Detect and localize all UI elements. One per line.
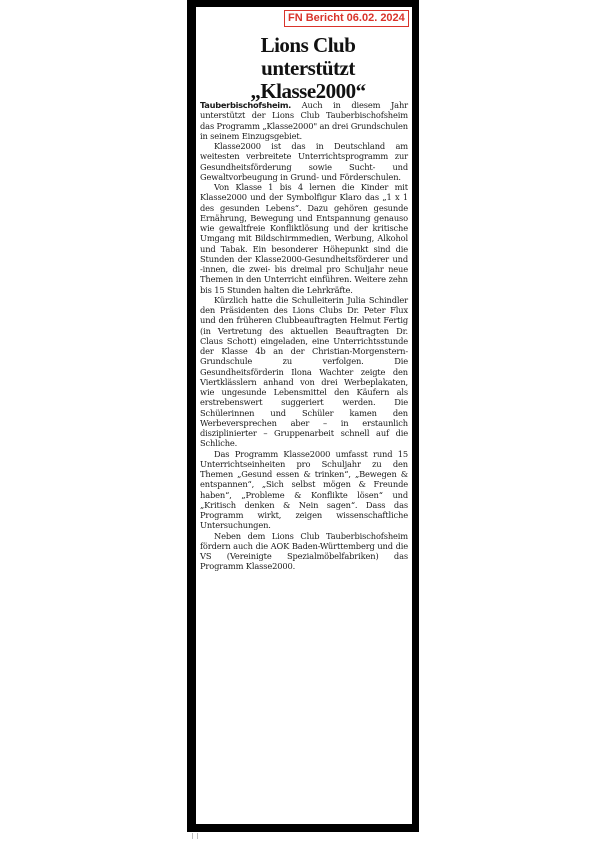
article-paragraph: Von Klasse 1 bis 4 lernen die Kinder mit…: [200, 182, 408, 295]
crop-mark: [197, 833, 198, 839]
clipping-frame: FN Bericht 06.02. 2024 Lions Club unters…: [187, 0, 419, 832]
newspaper-clipping: FN Bericht 06.02. 2024 Lions Club unters…: [196, 7, 412, 824]
headline-line-2: unterstützt: [204, 57, 412, 80]
source-label: FN Bericht 06.02. 2024: [284, 10, 409, 27]
crop-mark: [192, 833, 193, 839]
article-paragraph: Neben dem Lions Club Tauberbischofsheim …: [200, 531, 408, 572]
headline-line-1: Lions Club: [204, 34, 412, 57]
article-paragraph: Kürzlich hatte die Schulleiterin Julia S…: [200, 295, 408, 449]
article-paragraph: Das Programm Klasse2000 umfasst rund 15 …: [200, 449, 408, 531]
article-paragraph: Tauberbischofsheim. Auch in diesem Jahr …: [200, 100, 408, 141]
article-paragraph: Klasse2000 ist das in Deutschland am wei…: [200, 141, 408, 182]
headline: Lions Club unterstützt „Klasse2000“: [196, 34, 412, 103]
dateline: Tauberbischofsheim.: [200, 100, 291, 110]
article-body: Tauberbischofsheim. Auch in diesem Jahr …: [200, 100, 408, 572]
